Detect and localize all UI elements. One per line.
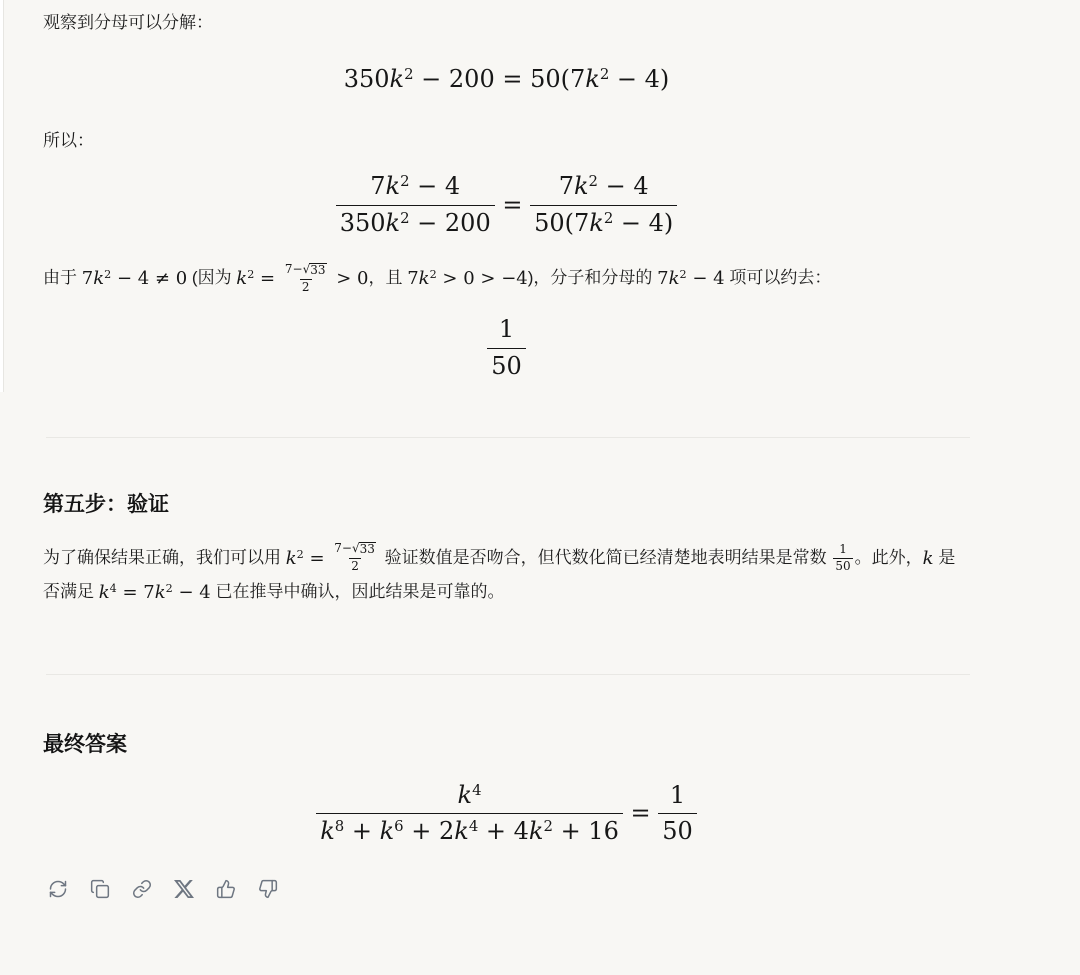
heading-step5-verification: 第五步：验证 <box>43 492 970 517</box>
share-link-icon <box>132 879 152 899</box>
heading-final-answer: 最终答案 <box>43 732 970 757</box>
assistant-message: 观察到分母可以分解： 350k2 − 200 = 50(7k2 − 4) 所以：… <box>0 0 1080 899</box>
scrollbar-thumb[interactable] <box>0 0 4 392</box>
regenerate-icon <box>48 879 68 899</box>
section-divider <box>46 674 970 675</box>
thumbs-down-button[interactable] <box>258 879 278 899</box>
equation-factorization: 350k2 − 200 = 50(7k2 − 4) <box>43 64 970 95</box>
paragraph-observe-denominator: 观察到分母可以分解： <box>43 6 970 39</box>
paragraph-so: 所以： <box>43 124 970 157</box>
equation-result-one-fiftieth: 150 <box>43 316 970 380</box>
message-action-toolbar <box>43 879 970 899</box>
thumbs-up-button[interactable] <box>216 879 236 899</box>
share-to-x-icon <box>174 879 194 899</box>
regenerate-button[interactable] <box>48 879 68 899</box>
thumbs-up-icon <box>216 879 236 899</box>
equation-fraction-cancellation: 7k2 − 4350k2 − 200 = 7k2 − 450(7k2 − 4) <box>43 173 970 237</box>
thumbs-down-icon <box>258 879 278 899</box>
section-divider <box>46 437 970 438</box>
share-to-x-button[interactable] <box>174 879 194 899</box>
paragraph-cancellation-reason: 由于 7k2 − 4 ≠ 0 (因为 k2 = 7−√332 > 0，且 7k2… <box>43 261 970 295</box>
copy-icon <box>90 879 110 899</box>
share-link-button[interactable] <box>132 879 152 899</box>
equation-final-answer: k4k8 + k6 + 2k4 + 4k2 + 16 = 150 <box>43 782 970 846</box>
copy-button[interactable] <box>90 879 110 899</box>
paragraph-verification: 为了确保结果正确，我们可以用 k2 = 7−√332 验证数值是否吻合，但代数化… <box>43 541 970 609</box>
